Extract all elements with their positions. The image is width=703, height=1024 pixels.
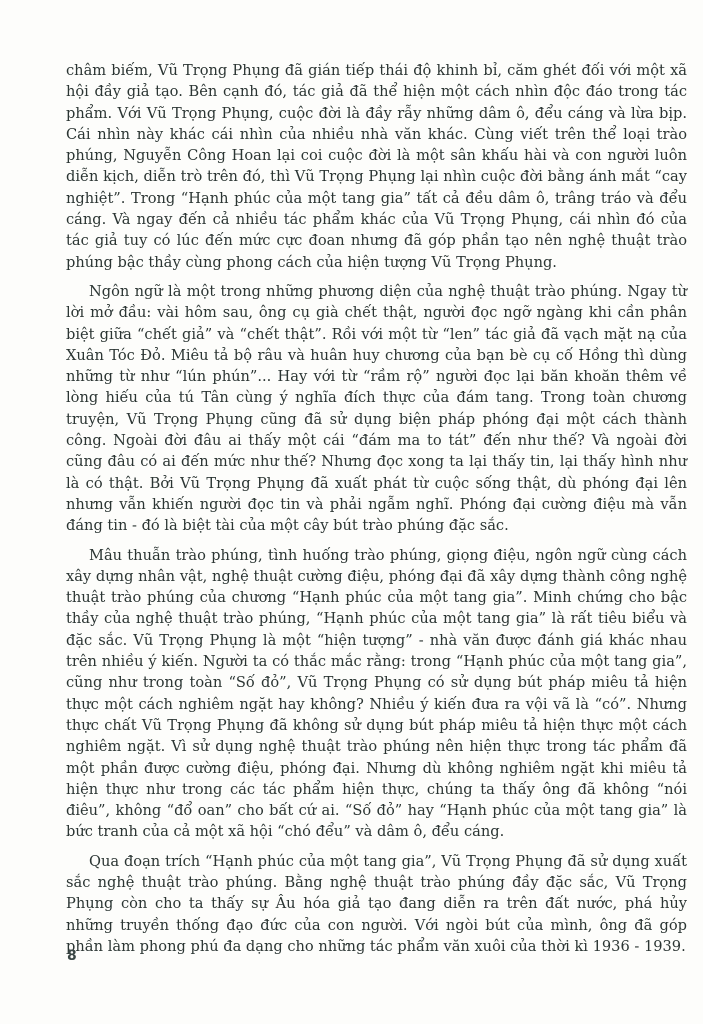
document-body: châm biếm, Vũ Trọng Phụng đã gián tiếp t… (66, 60, 687, 965)
paragraph-4: Qua đoạn trích “Hạnh phúc của một tang g… (66, 851, 687, 957)
paragraph-3: Mâu thuẫn trào phúng, tình huống trào ph… (66, 545, 687, 843)
page-number: 8 (67, 948, 77, 964)
paragraph-2: Ngôn ngữ là một trong những phương diện … (66, 281, 687, 537)
paragraph-1: châm biếm, Vũ Trọng Phụng đã gián tiếp t… (66, 60, 687, 273)
